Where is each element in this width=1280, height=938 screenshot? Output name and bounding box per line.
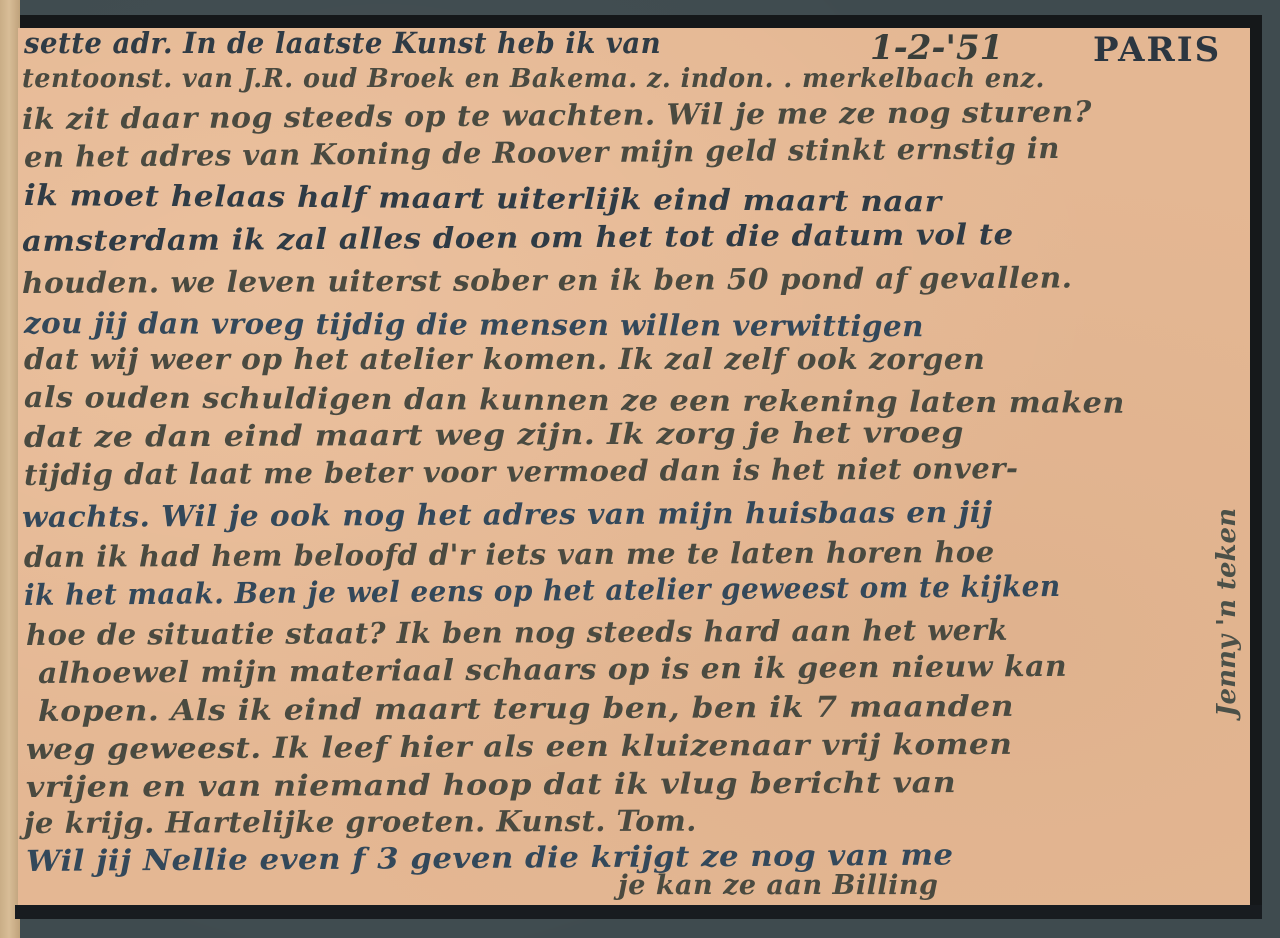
- text-line: ik het maak. Ben je wel eens op het atel…: [24, 569, 1061, 612]
- text-line: weg geweest. Ik leef hier als een kluize…: [26, 727, 1013, 766]
- text-line: je krijg. Hartelijke groeten. Kunst. Tom…: [24, 804, 697, 840]
- letter-place: PARIS: [1093, 30, 1221, 70]
- text-line: alhoewel mijn materiaal schaars op is en…: [38, 649, 1067, 690]
- text-line: tentoonst. van J.R. oud Broek en Bakema.…: [22, 64, 1045, 94]
- text-line: zou jij dan vroeg tijdig die mensen will…: [24, 306, 924, 343]
- postcard-paper: sette adr. In de laatste Kunst heb ik va…: [18, 28, 1250, 905]
- text-line: dat wij weer op het atelier komen. Ik za…: [24, 342, 985, 376]
- text-line: sette adr. In de laatste Kunst heb ik va…: [24, 28, 661, 60]
- text-line: wachts. Wil je ook nog het adres van mij…: [22, 495, 993, 534]
- text-line: en het adres van Koning de Roover mijn g…: [24, 131, 1060, 174]
- text-line: vrijen en van niemand hoop dat ik vlug b…: [26, 765, 956, 804]
- wood-frame-edge: [0, 0, 20, 938]
- text-line: dan ik had hem beloofd d'r iets van me t…: [24, 535, 995, 574]
- text-line: houden. we leven uiterst sober en ik ben…: [22, 260, 1073, 300]
- text-line: tijdig dat laat me beter voor vermoed da…: [24, 451, 1019, 492]
- text-line: ik moet helaas half maart uiterlijk eind…: [24, 178, 942, 218]
- frame-shadow-top: [20, 15, 1262, 29]
- frame-shadow-right: [1250, 15, 1262, 918]
- text-line: ik zit daar nog steeds op te wachten. Wi…: [22, 95, 1092, 136]
- text-line: dat ze dan eind maart weg zijn. Ik zorg …: [24, 415, 964, 454]
- letter-date: 1-2-'51: [870, 28, 1003, 68]
- text-line: kopen. Als ik eind maart terug ben, ben …: [38, 689, 1014, 728]
- margin-note: Jenny 'n teken: [1212, 508, 1242, 717]
- text-line: amsterdam ik zal alles doen om het tot d…: [22, 217, 1014, 258]
- text-line: hoe de situatie staat? Ik ben nog steeds…: [26, 613, 1008, 652]
- handwritten-text: sette adr. In de laatste Kunst heb ik va…: [18, 28, 1250, 905]
- text-line: als ouden schuldigen dan kunnen ze een r…: [24, 380, 1125, 420]
- text-line: je kan ze aan Billing: [618, 870, 938, 901]
- frame-shadow-bottom: [15, 905, 1262, 919]
